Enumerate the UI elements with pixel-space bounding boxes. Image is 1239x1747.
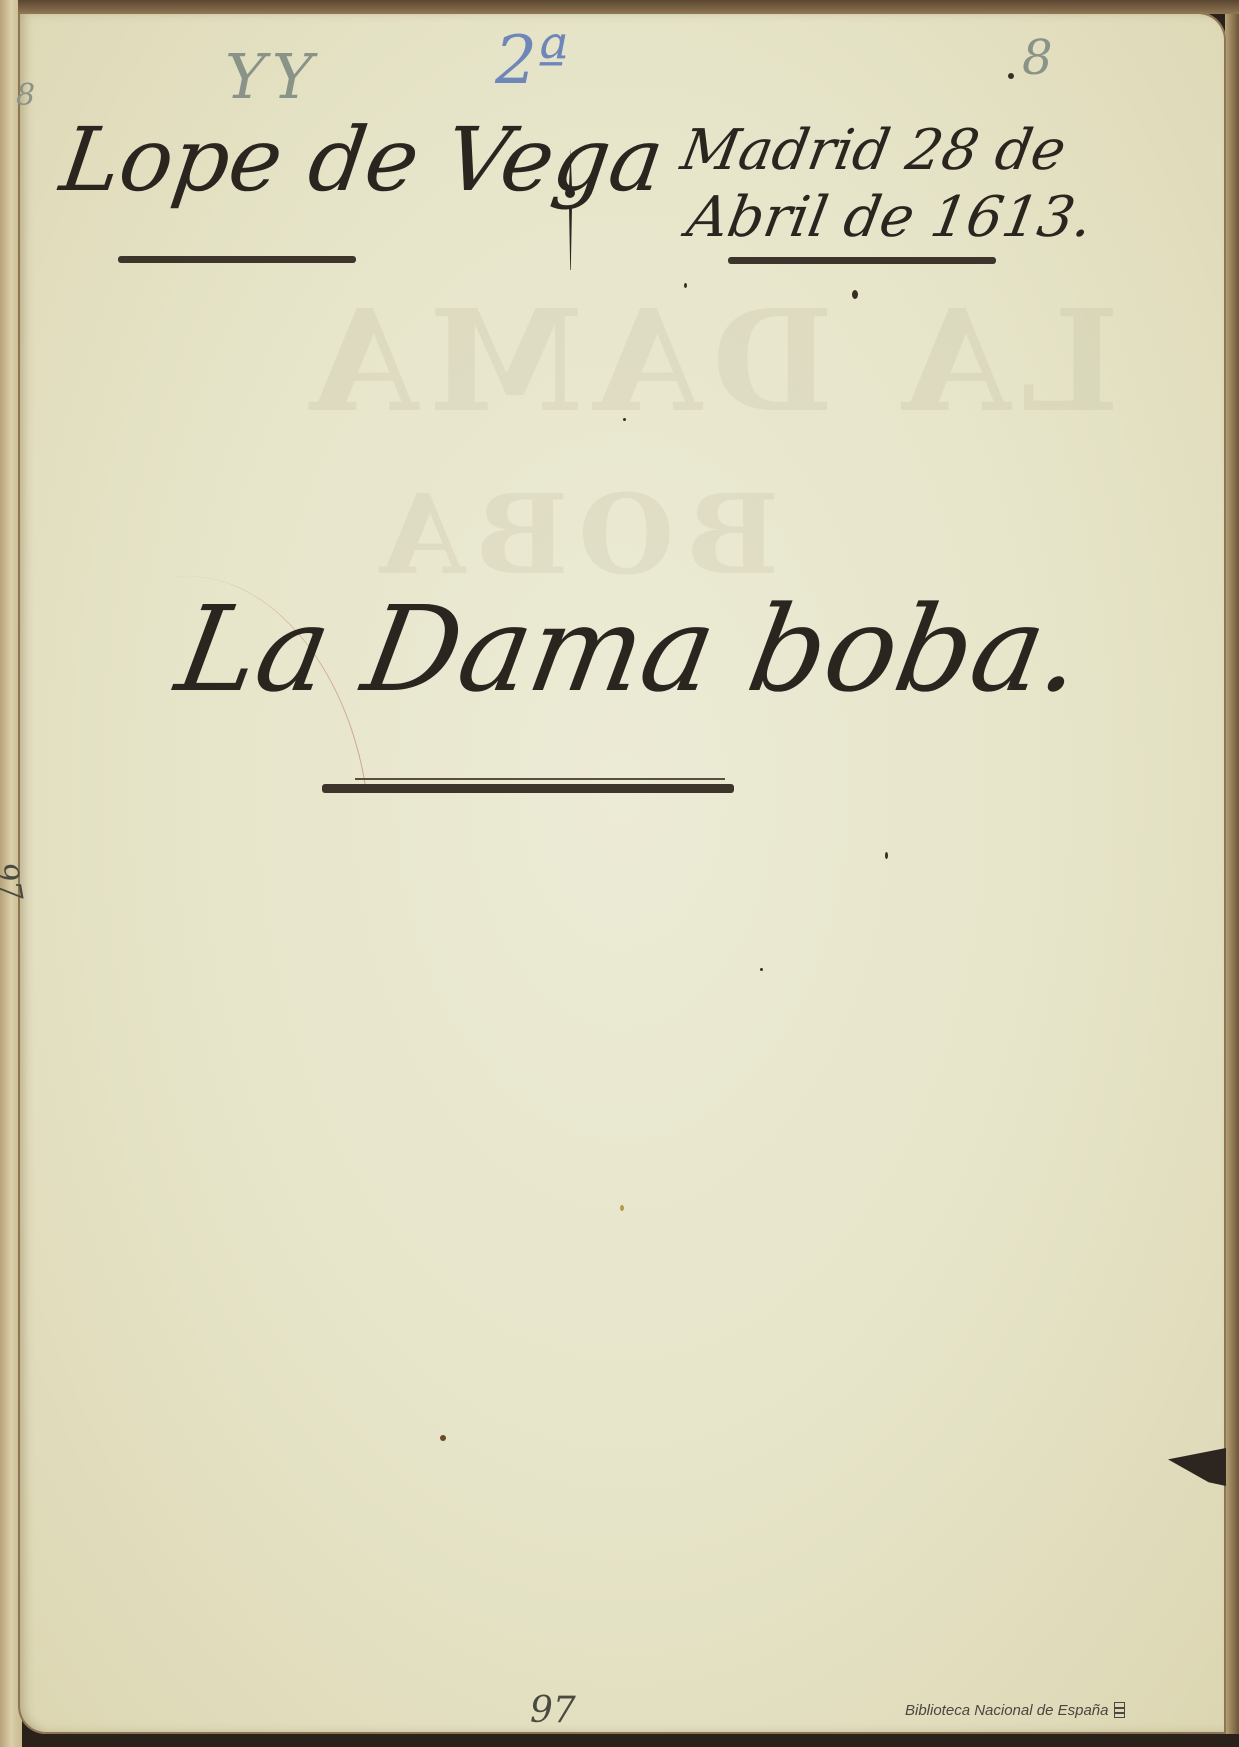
watermark-text: Biblioteca Nacional de España (905, 1702, 1108, 1719)
ink-speck (684, 283, 687, 288)
volume-number-blue: 2ª (495, 22, 568, 99)
shelfmark-pencil: YY (225, 40, 319, 113)
date-underline (728, 257, 996, 264)
place-date-line1: Madrid 28 de (676, 118, 1070, 183)
ink-speck (440, 1435, 446, 1441)
manuscript-page (18, 12, 1226, 1734)
bottom-margin-number: 97 (530, 1690, 576, 1731)
ink-speck (885, 852, 888, 859)
divider-ornament-dot (565, 188, 575, 198)
ink-speck (623, 418, 626, 421)
binding-right-edge (1225, 14, 1239, 1734)
ink-speck (1008, 73, 1014, 79)
folio-number-pencil: 8 (1022, 30, 1053, 86)
show-through-ghost-text: LA DAMA (300, 280, 1119, 444)
ink-speck (760, 968, 763, 971)
bne-logo-icon (1114, 1702, 1125, 1718)
ink-speck (1008, 686, 1011, 689)
author-name: Lope de Vega (55, 108, 670, 211)
author-underline (118, 256, 356, 263)
ink-speck (852, 290, 858, 299)
far-left-pencil-mark: 8 (16, 78, 35, 113)
library-watermark: Biblioteca Nacional de España (905, 1702, 1125, 1719)
place-date-line2: Abril de 1613. (682, 185, 1097, 250)
foxing-speck (620, 1205, 624, 1211)
title-underline (322, 784, 734, 793)
title-thin-rule (355, 778, 725, 780)
play-title: La Dama boba. (168, 580, 1093, 718)
